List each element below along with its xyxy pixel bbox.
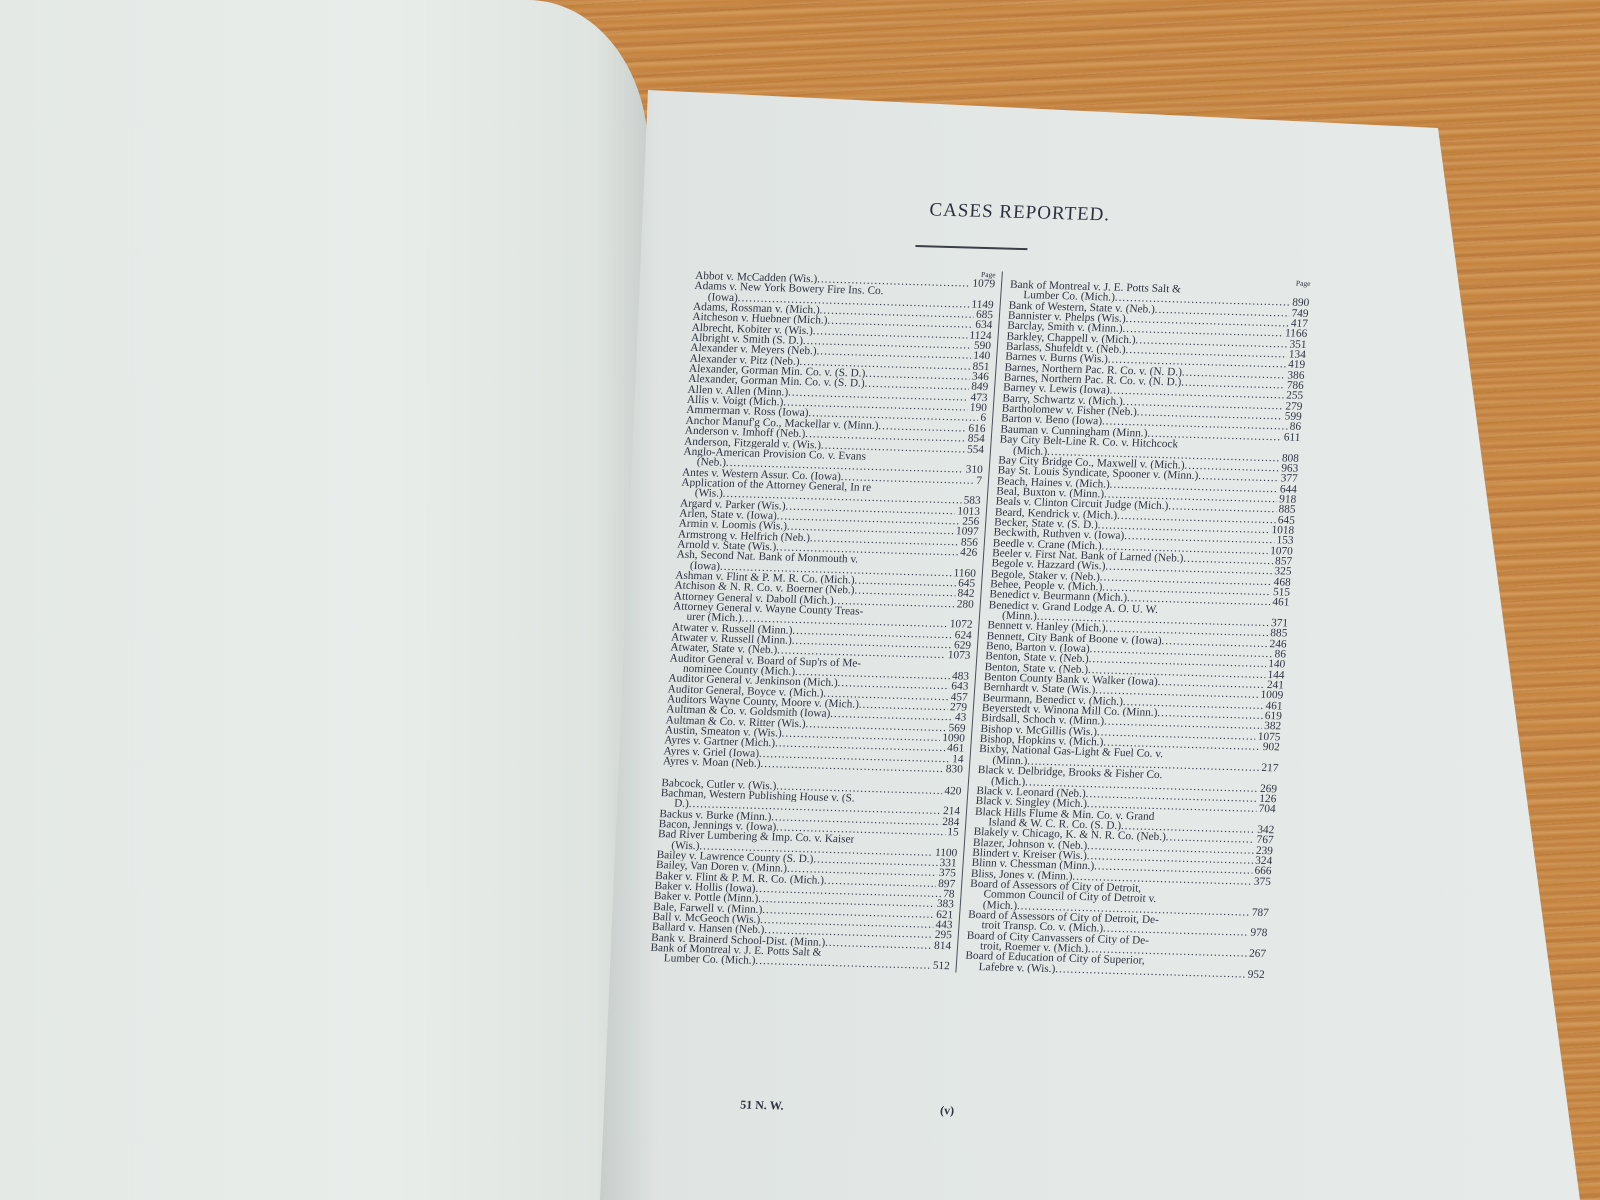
case-page-number: 830 [944,764,964,775]
case-name: Lumber Co. (Mich.) [663,954,755,967]
case-page-number: 902 [1260,742,1280,753]
case-page-number: 461 [1270,597,1290,608]
left-case-column: Page Abbot v. McCadden (Wis.)1079Adams v… [649,263,1002,972]
title-rule-divider [915,245,1027,250]
page-footer: 51 N. W. (v) [591,1093,1231,1111]
case-page-number: 554 [965,444,985,455]
case-page-number: 375 [1252,876,1272,887]
case-page-number: 611 [1281,432,1300,443]
case-page-number: 978 [1248,928,1268,939]
case-page-number: 15 [945,827,959,838]
case-page-number: 787 [1249,907,1269,918]
case-page-number: 267 [1247,949,1267,960]
case-page-number: 1079 [970,279,995,290]
cases-reported-page: CASES REPORTED. Page Abbot v. McCadden (… [588,170,1391,1149]
case-page-number: 704 [1256,804,1276,815]
case-page-number: 426 [958,547,978,558]
left-blank-page [0,0,648,1200]
case-page-number: 7 [974,475,982,486]
case-name: D.) [674,799,689,810]
case-page-number: 512 [930,961,950,972]
case-page-number: 1073 [945,650,970,661]
case-index-columns: Page Abbot v. McCadden (Wis.)1079Adams v… [649,263,1335,982]
case-name: (Wis.) [671,840,700,851]
case-page-number: 814 [932,940,952,951]
case-page-number: 310 [963,465,983,476]
case-page-number: 952 [1245,969,1265,980]
case-page-number: 217 [1259,763,1279,774]
signature-mark: 51 N. W. [740,1098,784,1114]
right-case-column: Page Bank of Montreal v. J. E. Potts Sal… [956,272,1310,981]
case-page-number: 280 [954,599,974,610]
case-page-number: 420 [942,786,962,797]
case-name: (Wis.) [694,488,723,499]
folio-number: (v) [940,1103,955,1118]
case-name: Lafebre v. (Wis.) [978,962,1055,974]
page-title: CASES REPORTED. [649,192,1390,235]
